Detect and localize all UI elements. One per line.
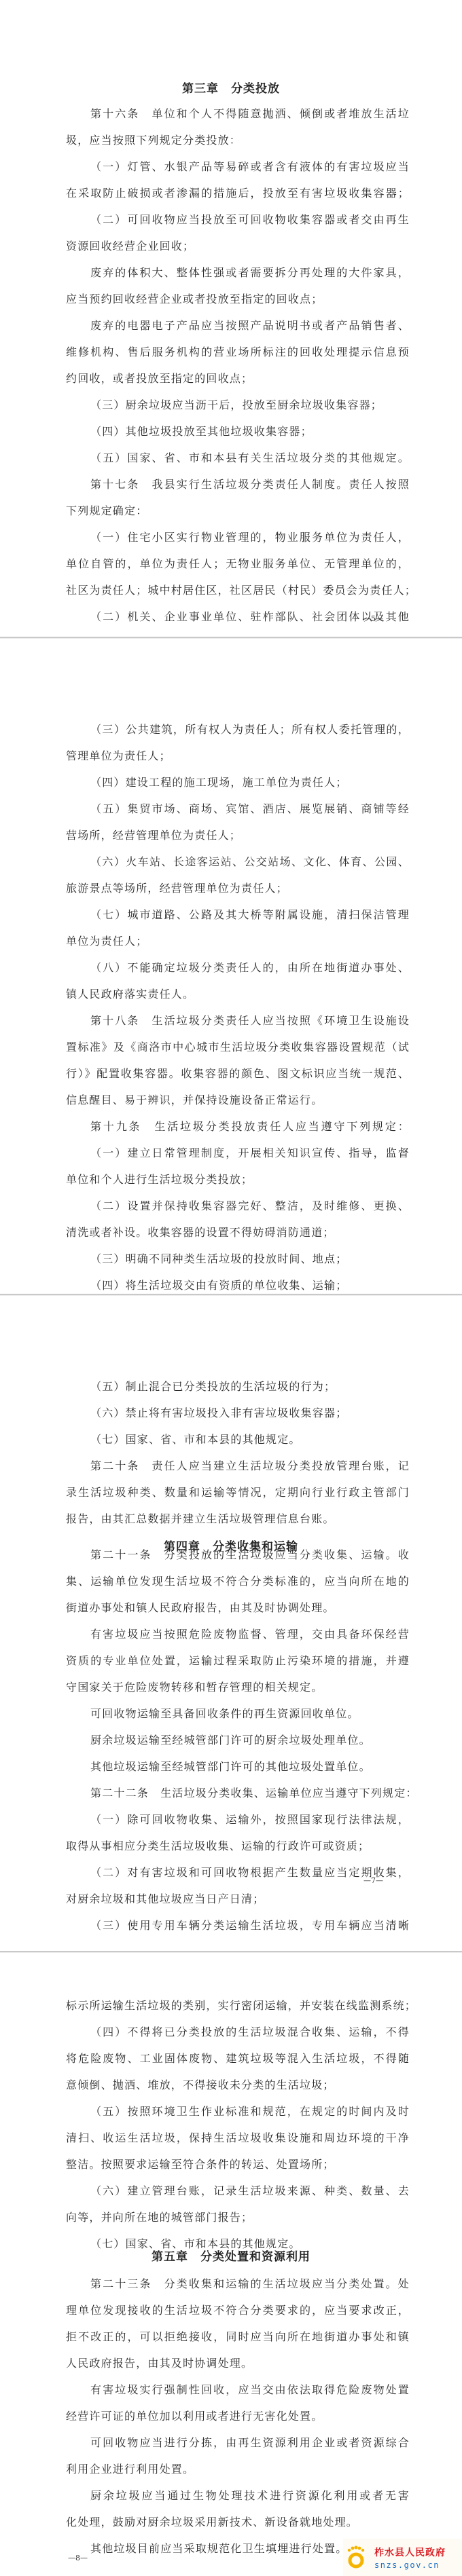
text-line: （二）可回收物应当投放至可回收物收集容器或者交由再生: [90, 213, 410, 227]
text-line: 向等，并向所在地的城管部门报告；: [66, 2211, 253, 2224]
text-line: 圾，应当按照下列规定分类投放：: [66, 134, 241, 147]
text-line: 废弃的电器电子产品应当按照产品说明书或者产品销售者、: [90, 319, 410, 333]
text-line: （三）公共建筑，所有权人为责任人；所有权人委托管理的，: [90, 723, 410, 736]
text-line: （三）厨余垃圾应当沥干后，投放至厨余垃圾收集容器；: [90, 398, 383, 412]
watermark-url: snzs.gov.cn: [374, 2560, 440, 2570]
text-line: 单位为责任人；: [66, 935, 147, 948]
document-page-7: （五）制止混合已分类投放的生活垃圾的行为； （六）禁止将有害垃圾投入非有害垃圾收…: [0, 1296, 462, 1951]
text-line: （六）禁止将有害垃圾投入非有害垃圾收集容器；: [90, 1406, 347, 1420]
text-line: 资质的专业单位处置，运输过程采取防止污染环境的措施，并遵: [66, 1654, 410, 1668]
text-line: 有害垃圾实行强制性回收，应当交由依法取得危险废物处置: [90, 2383, 410, 2397]
text-line: 管理单位为责任人；: [66, 749, 171, 763]
text-line: 在采取防止破损或者渗漏的措施后，投放至有害垃圾收集容器；: [66, 187, 410, 200]
text-line: （七）国家、省、市和本县的其他规定。: [90, 2237, 301, 2251]
text-line: 其他垃圾目前应当采取规范化卫生填埋进行处置。: [90, 2542, 347, 2556]
text-line: 街道办事处和镇人民政府报告，由其及时协调处理。: [66, 1601, 335, 1615]
text-line: 应当预约回收经营企业或者投放至指定的回收点；: [66, 293, 323, 306]
text-line: 可回收物运输至具备回收条件的再生资源回收单位。: [90, 1707, 359, 1721]
text-line: 标示所运输生活垃圾的类别，实行密闭运输，并安装在线监测系统；: [66, 1999, 410, 2013]
text-line: （七）国家、省、市和本县的其他规定。: [90, 1433, 301, 1446]
text-line: （八）不能确定垃圾分类责任人的，由所在地街道办事处、: [90, 961, 410, 975]
text-line: 人民政府报告，由其及时协调处理。: [66, 2357, 253, 2370]
text-line: 第二十一条 分类投放的生活垃圾应当分类收集、运输。收: [90, 1548, 410, 1562]
text-line: 旅游景点等场所，经营管理单位为责任人；: [66, 882, 288, 895]
text-line: （二）机关、企业事业单位、驻柞部队、社会团体以及其他: [90, 610, 410, 624]
document-page-8: 标示所运输生活垃圾的类别，实行密闭运输，并安装在线监测系统； （四）不得将已分类…: [0, 1953, 462, 2576]
document-page-6: （三）公共建筑，所有权人为责任人；所有权人委托管理的， 管理单位为责任人； （四…: [0, 639, 462, 1294]
text-line: 对厨余垃圾和其他垃圾应当日产日清；: [66, 1892, 264, 1906]
chapter-title: 第三章 分类投放: [0, 81, 462, 96]
text-line: 营场所，经营管理单位为责任人；: [66, 829, 241, 842]
text-line: 行）》配置收集容器。收集容器的颜色、图文标识应当统一规范、: [66, 1067, 410, 1081]
text-line: （四）其他垃圾投放至其他垃圾收集容器；: [90, 425, 313, 438]
text-line: 第十九条 生活垃圾分类投放责任人应当遵守下列规定：: [90, 1120, 410, 1134]
text-line: 资源回收经营企业回收；: [66, 240, 194, 253]
text-line: （五）集贸市场、商场、宾馆、酒店、展览展销、商铺等经: [90, 802, 410, 816]
text-line: 维修机构、售后服务机构的营业场所标注的回收处理提示信息预: [66, 346, 410, 359]
text-line: 整洁。按照要求运输至符合条件的转运、处置场所；: [66, 2158, 335, 2171]
text-line: 守国家关于危险废物转移和暂存管理的相关规定。: [66, 1681, 323, 1694]
text-line: 第十八条 生活垃圾分类责任人应当按照《环境卫生设施设: [90, 1014, 410, 1028]
text-line: 单位和个人进行生活垃圾分类投放；: [66, 1173, 253, 1187]
text-line: （五）国家、省、市和本县有关生活垃圾分类的其他规定。: [90, 451, 410, 465]
page-number: —5—: [363, 614, 383, 623]
text-line: 第十七条 我县实行生活垃圾分类责任人制度。责任人按照: [90, 478, 410, 491]
text-line: （四）建设工程的施工现场，施工单位为责任人；: [90, 776, 347, 789]
text-line: 将危险废物、工业固体废物、建筑垃圾等混入生活垃圾，不得随: [66, 2052, 410, 2066]
text-line: （七）城市道路、公路及其大桥等附属设施，清扫保洁管理: [90, 908, 410, 922]
text-line: （六）建立管理台账，记录生活垃圾来源、种类、数量、去: [90, 2184, 410, 2198]
text-line: 经营许可证的单位加以利用或者进行无害化处置。: [66, 2410, 323, 2423]
text-line: 其他垃圾运输至经城管部门许可的其他垃圾处置单位。: [90, 1760, 371, 1774]
text-line: 录生活垃圾种类、数量和运输等情况，定期向行业行政主管部门: [66, 1486, 410, 1499]
text-line: 社区为责任人；城中村居住区，社区居民（村民）委员会为责任人；: [66, 584, 410, 597]
text-line: 废弃的体积大、整体性强或者需要拆分再处理的大件家具，: [90, 266, 410, 280]
text-line: 置标准》及《商洛市中心城市生活垃圾分类收集容器设置规范（试: [66, 1041, 410, 1054]
government-logo-icon: [347, 2545, 365, 2569]
text-line: 第二十三条 分类收集和运输的生活垃圾应当分类处置。处: [90, 2277, 410, 2291]
watermark-title: 柞水县人民政府: [374, 2545, 446, 2559]
text-line: 厨余垃圾应当通过生物处理技术进行资源化利用或者无害: [90, 2489, 410, 2503]
text-line: （六）火车站、长途客运站、公交站场、文化、体育、公园、: [90, 855, 410, 869]
site-watermark: 柞水县人民政府 snzs.gov.cn: [343, 2539, 462, 2576]
text-line: （三）使用专用车辆分类运输生活垃圾，专用车辆应当清晰: [90, 1919, 410, 1933]
text-line: 约回收，或者投放至指定的回收点；: [66, 372, 253, 386]
text-line: 清扫、收运生活垃圾，保持生活垃圾收集设施和周边环境的干净: [66, 2131, 410, 2145]
text-line: 意倾倒、抛洒、堆放，不得接收未分类的生活垃圾；: [66, 2078, 335, 2092]
page-number: —8—: [68, 2554, 88, 2562]
text-line: 可回收物应当进行分拣，由再生资源利用企业或者资源综合: [90, 2436, 410, 2450]
text-line: （五）按照环境卫生作业标准和规范，在规定的时间内及时: [90, 2105, 410, 2118]
text-line: 第二十条 责任人应当建立生活垃圾分类投放管理台账，记: [90, 1459, 410, 1473]
text-line: 厨余垃圾运输至经城管部门许可的厨余垃圾处理单位。: [90, 1734, 371, 1747]
text-line: 下列规定确定：: [66, 504, 147, 518]
text-line: 有害垃圾应当按照危险废物监督、管理，交由具备环保经营: [90, 1628, 410, 1641]
text-line: 取得从事相应分类生活垃圾收集、运输的行政许可或资质；: [66, 1840, 370, 1853]
text-line: 集、运输单位发现生活垃圾不符合分类标准的，应当向所在地的: [66, 1575, 410, 1588]
text-line: 化处理，鼓励对厨余垃圾采用新技术、新设备就地处理。: [66, 2516, 358, 2529]
text-line: （四）不得将已分类投放的生活垃圾混合收集、运输，不得: [90, 2026, 410, 2039]
text-line: 报告，由其汇总数据并建立生活垃圾管理信息台账。: [66, 1512, 335, 1526]
text-line: （一）建立日常管理制度，开展相关知识宣传、指导，监督: [90, 1146, 410, 1160]
text-line: 理单位发现接收的生活垃圾不符合分类要求的，应当要求改正，: [66, 2304, 410, 2317]
text-line: 第二十二条 生活垃圾分类收集、运输单位应当遵守下列规定：: [90, 1787, 410, 1800]
text-line: （二）对有害垃圾和可回收物根据产生数量应当定期收集，: [90, 1866, 410, 1880]
text-line: 利用企业进行利用处置。: [66, 2463, 194, 2476]
text-line: （三）明确不同种类生活垃圾的投放时间、地点；: [90, 1252, 347, 1266]
text-line: （一）灯管、水银产品等易碎或者含有液体的有害垃圾应当: [90, 160, 410, 174]
document-page-5: 第三章 分类投放 第十六条 单位和个人不得随意抛洒、倾倒或者堆放生活垃 圾，应当…: [0, 0, 462, 637]
text-line: 清洗或者补设。收集容器的设置不得妨碍消防通道；: [66, 1226, 335, 1239]
text-line: （一）住宅小区实行物业管理的，物业服务单位为责任人，: [90, 531, 410, 544]
text-line: （四）将生活垃圾交由有资质的单位收集、运输；: [90, 1279, 347, 1292]
text-line: （一）除可回收物收集、运输外，按照国家现行法律法规，: [90, 1813, 410, 1827]
text-line: 镇人民政府落实责任人。: [66, 988, 194, 1001]
text-line: 拒不改正的，可以拒绝接收，同时应当向所在地街道办事处和镇: [66, 2330, 410, 2344]
text-line: 单位自管的，单位为责任人；无物业服务单位、无管理单位的，: [66, 557, 410, 571]
text-line: （二）设置并保持收集容器完好、整洁，及时维修、更换、: [90, 1199, 410, 1213]
chapter-title: 第五章 分类处置和资源利用: [0, 2250, 462, 2264]
text-line: （五）制止混合已分类投放的生活垃圾的行为；: [90, 1380, 336, 1394]
text-line: 第十六条 单位和个人不得随意抛洒、倾倒或者堆放生活垃: [90, 107, 410, 121]
page-number: —7—: [363, 1876, 383, 1885]
text-line: 信息醒目、易于辨识，并保持设施设备正常运行。: [66, 1094, 323, 1107]
